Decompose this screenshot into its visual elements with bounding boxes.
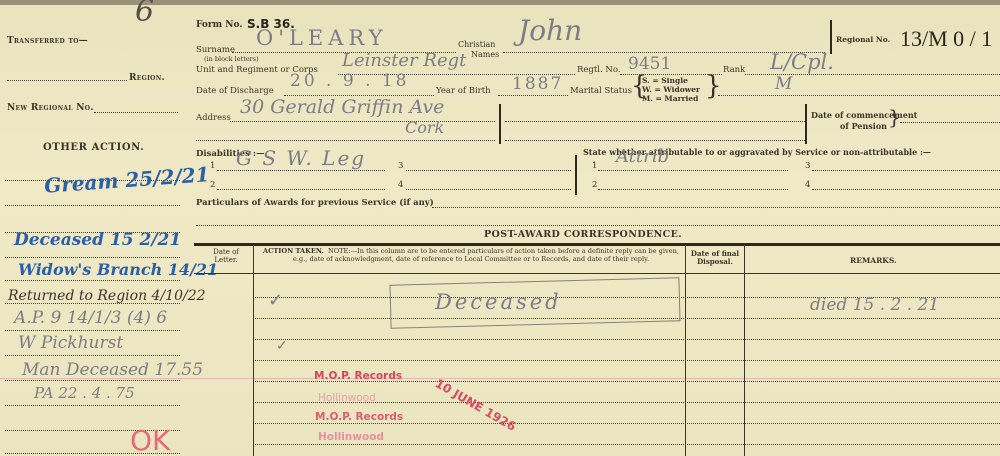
christian-names-label-2: Names <box>471 50 499 59</box>
pension-dotted-line-2 <box>505 140 805 141</box>
birth-value: 1887 <box>512 74 563 94</box>
disability-num-1: 1 <box>210 161 215 171</box>
disability-line-4 <box>406 189 571 190</box>
other-action-line <box>5 330 180 331</box>
regional-divider <box>830 20 832 54</box>
table-row-line <box>255 360 1000 361</box>
corner-mark: 6 <box>135 0 154 29</box>
correspondence-title: POST-AWARD CORRESPONDENCE. <box>484 229 682 240</box>
marital-status-label: Marital Status <box>570 86 632 96</box>
attrib-num-1: 1 <box>592 161 597 171</box>
surname-value: O'LEARY <box>256 26 387 50</box>
annotation-gream: Gream 25/2/21 <box>43 162 210 197</box>
tick-mark: ✓ <box>276 338 288 354</box>
attrib-num-3: 3 <box>805 161 810 171</box>
stamp-mop-records-1: M.O.P. Records <box>314 370 402 382</box>
col-header-final-disposal: Date of final Disposal. <box>689 250 741 266</box>
disability-num-4: 4 <box>398 180 403 190</box>
marital-option-widower: W. = Widower <box>642 85 700 94</box>
marital-dotted-line <box>718 95 1000 96</box>
region-dotted-line <box>7 80 127 81</box>
column-divider-3 <box>744 243 745 456</box>
awards-dotted-line-1 <box>432 207 1000 208</box>
stamp-mop-records-2: M.O.P. Records <box>315 411 403 423</box>
unit-value: Leinster Regt <box>342 50 466 71</box>
other-action-line <box>5 380 180 381</box>
table-header-rule <box>194 273 1000 274</box>
other-action-line <box>5 205 180 206</box>
pension-label-2: of Pension <box>840 121 887 131</box>
annotation-ap9: A.P. 9 14/1/3 (4) 6 <box>14 308 167 328</box>
column-divider-1 <box>253 243 254 456</box>
annotation-deceased: Deceased 15 2/21 <box>14 230 181 250</box>
attrib-line-3 <box>812 170 1000 171</box>
discharge-label: Date of Discharge <box>196 86 274 96</box>
marital-option-married: M. = Married <box>642 94 698 103</box>
stamp-hollinwood-2: Hollinwood <box>318 431 384 443</box>
annotation-man-deceased: Man Deceased 17.55 <box>22 360 203 380</box>
region-label: Region. <box>129 73 165 83</box>
other-action-heading: OTHER ACTION. <box>43 142 144 153</box>
address-dotted-line-1 <box>230 121 495 122</box>
regtl-no-label: Regtl. No. <box>577 65 621 75</box>
table-row-line <box>255 444 1000 445</box>
action-entry-deceased: Deceased <box>435 290 562 314</box>
disability-line-2 <box>217 189 385 190</box>
attrib-value-1: Attrib <box>616 146 669 167</box>
regional-no-label: Regional No. <box>836 35 890 44</box>
col-header-action-taken: ACTION TAKEN. NOTE:—In this column are t… <box>261 247 681 263</box>
disability-value-1: G S W. Leg <box>236 146 366 170</box>
birth-dotted-line <box>498 95 568 96</box>
annotation-pa: PA 22 . 4 . 75 <box>34 384 135 402</box>
disability-line-3 <box>406 170 571 171</box>
disability-line-1 <box>217 170 385 171</box>
tick-mark: ✓ <box>268 290 283 311</box>
address-line1: 30 Gerald Griffin Ave <box>240 96 444 118</box>
new-regional-no-dotted-line <box>94 112 178 113</box>
attrib-num-4: 4 <box>805 180 810 190</box>
action-taken-title: ACTION TAKEN. <box>263 247 324 255</box>
pension-dotted-line-1 <box>505 121 805 122</box>
disability-num-3: 3 <box>398 161 403 171</box>
form-no-label: Form No. <box>196 20 243 30</box>
christian-names-label-1: Christian <box>458 40 495 49</box>
other-action-line <box>5 280 180 281</box>
new-regional-no-label: New Regional No. <box>7 103 94 113</box>
remarks-entry: died 15 . 2 . 21 <box>810 295 939 315</box>
table-row-line <box>255 423 1000 424</box>
pension-record-card: 6 Transferred to— Region. New Regional N… <box>0 0 1000 456</box>
attrib-line-1 <box>598 170 788 171</box>
col-header-date-of-letter: Date of Letter. <box>203 248 249 264</box>
pension-divider <box>805 104 807 144</box>
address-line2: Cork <box>405 118 444 137</box>
address-dotted-line-2 <box>196 140 495 141</box>
pension-value-dotted-line <box>900 122 1000 123</box>
ok-stamp: OK <box>130 424 170 456</box>
col-header-remarks: REMARKS. <box>850 256 897 265</box>
annotation-returned-to-region: Returned to Region 4/10/22 <box>8 288 206 304</box>
other-action-line <box>5 355 180 356</box>
attrib-num-2: 2 <box>592 180 597 190</box>
address-label: Address <box>196 113 231 123</box>
attrib-line-2 <box>598 189 788 190</box>
discharge-value: 20 . 9 . 18 <box>290 71 410 91</box>
address-divider <box>499 104 501 144</box>
disability-num-2: 2 <box>210 180 215 190</box>
marital-mark: M <box>775 74 792 94</box>
awards-dotted-line-2 <box>196 225 1000 226</box>
surname-label: Surname <box>196 45 235 55</box>
annotation-widows-branch: Widow's Branch 14/21 <box>18 260 218 279</box>
attrib-divider <box>575 155 577 195</box>
pension-label-1: Date of commencement <box>811 110 917 120</box>
transferred-to-label: Transferred to— <box>7 36 88 46</box>
surname-sublabel: (in block letters) <box>204 55 259 63</box>
christian-names-value: John <box>518 14 582 47</box>
annotation-pickhurst: W Pickhurst <box>18 333 123 353</box>
awards-label: Particulars of Awards for previous Servi… <box>196 198 434 208</box>
rank-label: Rank <box>723 65 745 75</box>
stamp-hollinwood-1: Hollinwood <box>318 392 376 404</box>
table-row-line <box>255 339 1000 340</box>
other-action-line <box>5 257 180 258</box>
rank-value: L/Cpl. <box>770 50 834 74</box>
attrib-line-4 <box>812 189 1000 190</box>
action-taken-note: NOTE:—In this column are to be entered p… <box>293 247 679 263</box>
stamp-date: 10 JUNE 1926 <box>433 376 519 434</box>
birth-label: Year of Birth <box>436 86 491 96</box>
column-divider-2 <box>685 243 686 456</box>
regional-no-value: 13/M 0 / 1 <box>900 26 992 52</box>
pension-brace: } <box>888 107 901 127</box>
other-action-line <box>5 405 180 406</box>
marital-option-single: S. = Single <box>642 76 688 85</box>
red-ruled-line <box>0 378 1000 379</box>
table-top-rule <box>194 243 1000 246</box>
